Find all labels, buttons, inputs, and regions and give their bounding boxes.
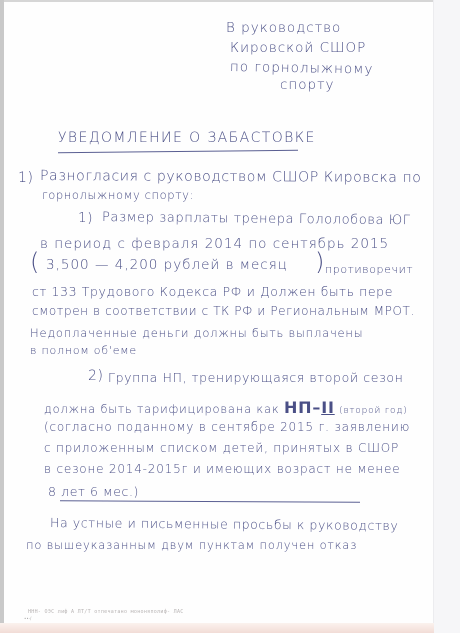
addressee-line: спорту (280, 77, 334, 93)
open-paren: ( (30, 248, 39, 276)
separator-line (60, 500, 360, 503)
page-top-edge (0, 0, 460, 2)
title-underline (58, 150, 298, 154)
addressee-line: Кировской СШОР (230, 40, 366, 56)
tariff-prefix: должна быть тарифицирована как (44, 402, 280, 416)
page-right-margin (433, 0, 460, 633)
footer-print-text: ННН- ОЭС лиф А ЛТ/Т отпечатано мононяпол… (28, 609, 184, 615)
addressee-line: В руководство (226, 20, 341, 36)
salary-range: 3,500 — 4,200 рублей в месяц (46, 257, 288, 273)
scan-bottom-edge (0, 623, 434, 633)
category-note: (второй год) (339, 406, 407, 416)
item-line: смотрен в соответствии с ТК РФ и Региона… (32, 304, 415, 318)
page-left-edge (0, 0, 4, 633)
conclusion-line: На устные и письменные просьбы к руковод… (50, 515, 399, 533)
item-number: 1) (78, 210, 93, 226)
item-line: Группа НП, тренирующаяся второй сезон (108, 370, 403, 385)
item-line: в период с февраля 2014 по сентябрь 2015 (40, 236, 389, 252)
scanned-page: В руководство Кировской СШОР по горнолыж… (0, 0, 460, 633)
item-line: (согласно поданному в сентябре 2015 г. з… (44, 420, 410, 434)
document-title: Уведомление о забастовке (58, 130, 316, 146)
item-number: 2) (88, 368, 104, 384)
footer-mark: ••·/ (24, 616, 31, 621)
item-line: Размер зарплаты тренера Гололобова ЮГ (102, 210, 411, 228)
item-line: в полном об'еме (30, 344, 137, 357)
item-line: ст 133 Трудового Кодекса РФ и Должен быт… (32, 284, 393, 299)
item-line: в сезоне 2014-2015г и имеющих возраст не… (44, 462, 400, 476)
item-line: противоречит (325, 263, 413, 276)
conclusion-line: по вышеуказанным двум пунктам получен от… (26, 538, 357, 552)
category-level: II (321, 398, 335, 417)
category-dash: – (312, 398, 321, 417)
section-intro: Разногласия с руководством СШОР Кировска… (40, 168, 422, 186)
section-number: 1) (18, 170, 34, 186)
category-np: НП (284, 398, 312, 417)
close-paren: ) (315, 248, 324, 276)
item-line: с приложенным списком детей, принятых в … (44, 441, 399, 455)
section-intro: горнолыжному спорту: (42, 188, 194, 202)
item-line: Недоплаченные деньги должны быть выплаче… (30, 326, 363, 340)
item-line: 8 лет 6 мес.) (48, 484, 139, 499)
addressee-line: по горнолыжному (230, 59, 374, 78)
item-line: должна быть тарифицирована как НП–II (вт… (44, 398, 408, 417)
